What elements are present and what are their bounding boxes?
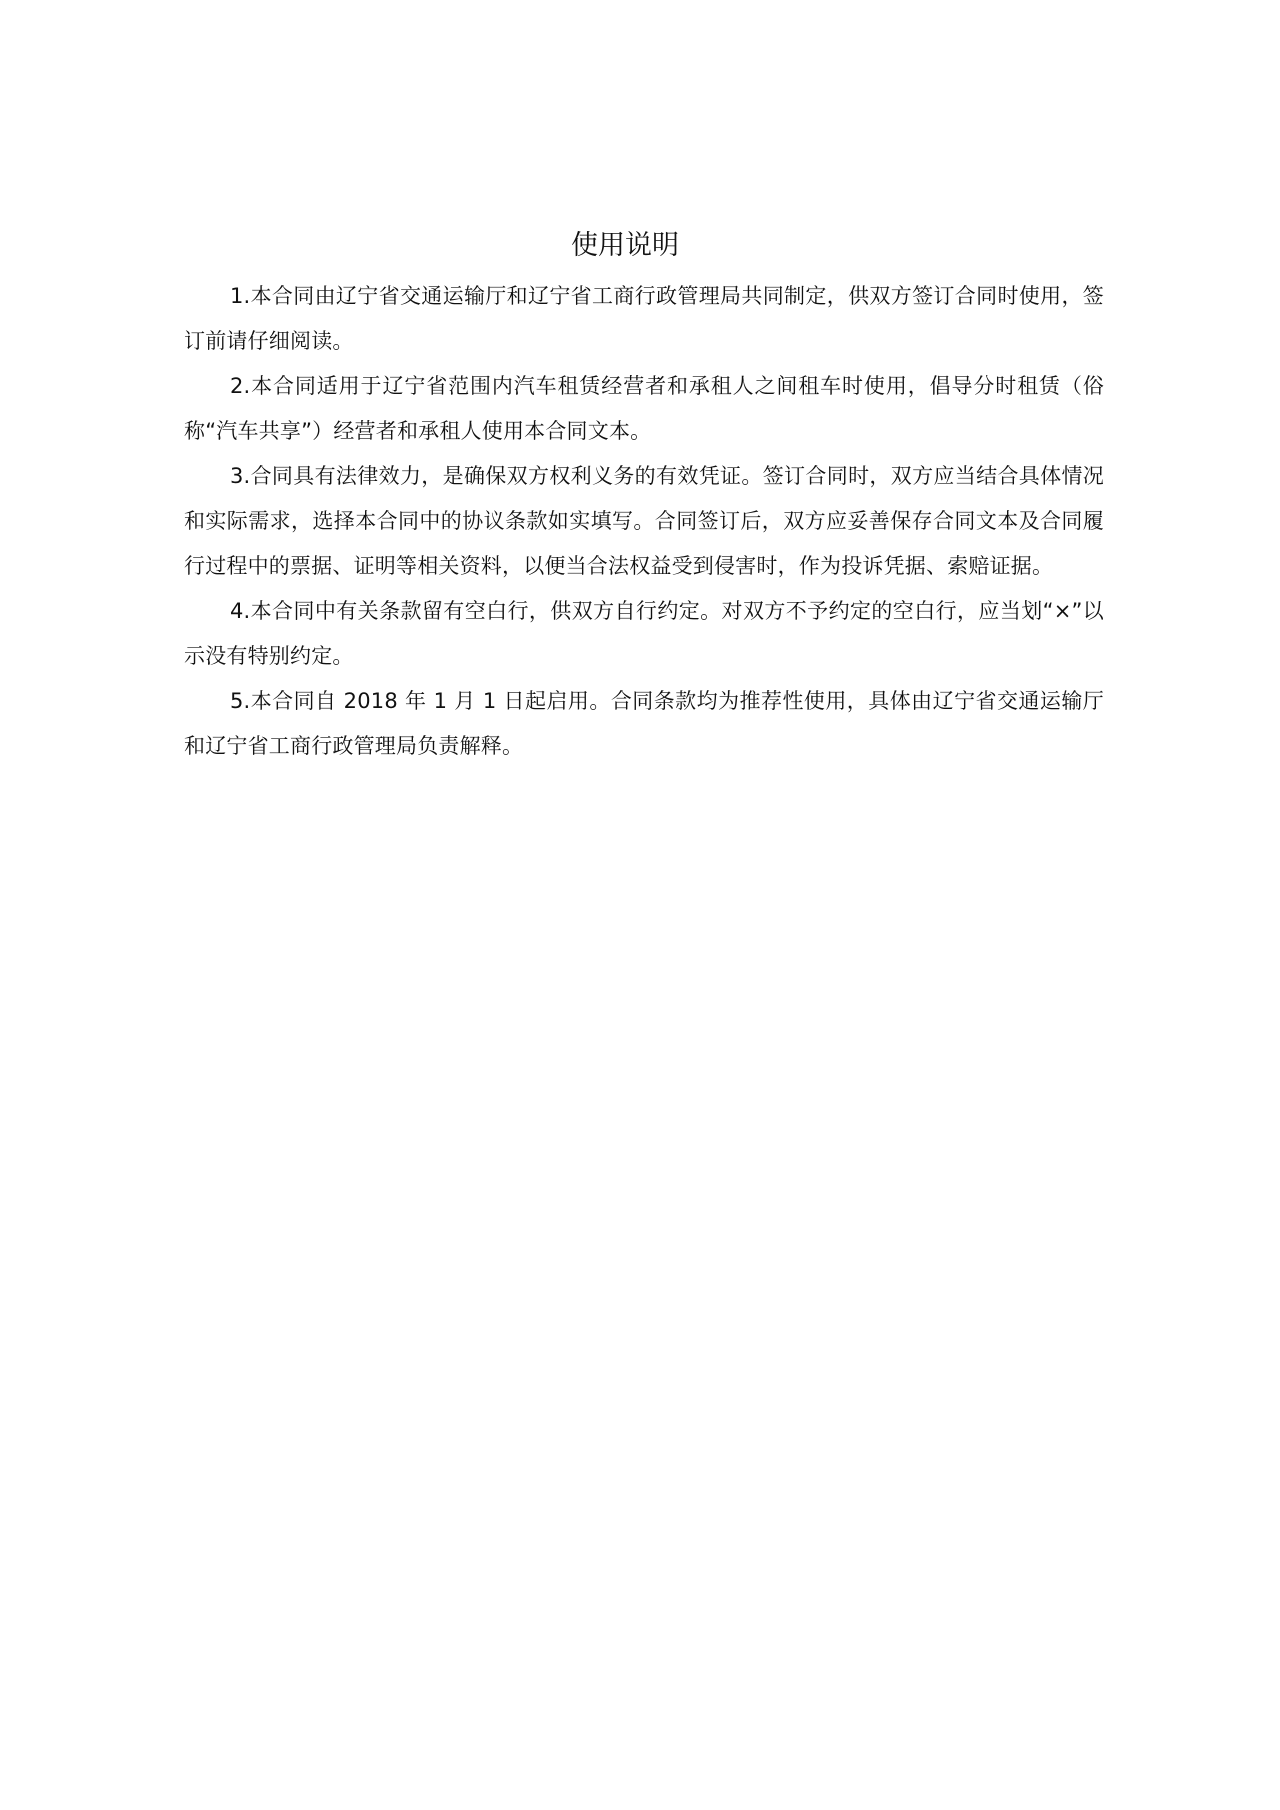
document-page: 使用说明 1.本合同由辽宁省交通运输厅和辽宁省工商行政管理局共同制定，供双方签订… bbox=[184, 224, 1104, 769]
instruction-paragraph-1: 1.本合同由辽宁省交通运输厅和辽宁省工商行政管理局共同制定，供双方签订合同时使用… bbox=[184, 274, 1104, 364]
document-title: 使用说明 bbox=[184, 224, 1104, 268]
instruction-paragraph-5: 5.本合同自 2018 年 1 月 1 日起启用。合同条款均为推荐性使用，具体由… bbox=[184, 679, 1104, 769]
instruction-paragraph-2: 2.本合同适用于辽宁省范围内汽车租赁经营者和承租人之间租车时使用，倡导分时租赁（… bbox=[184, 364, 1104, 454]
instruction-paragraph-4: 4.本合同中有关条款留有空白行，供双方自行约定。对双方不予约定的空白行，应当划“… bbox=[184, 589, 1104, 679]
instruction-paragraph-3: 3.合同具有法律效力，是确保双方权利义务的有效凭证。签订合同时，双方应当结合具体… bbox=[184, 454, 1104, 589]
